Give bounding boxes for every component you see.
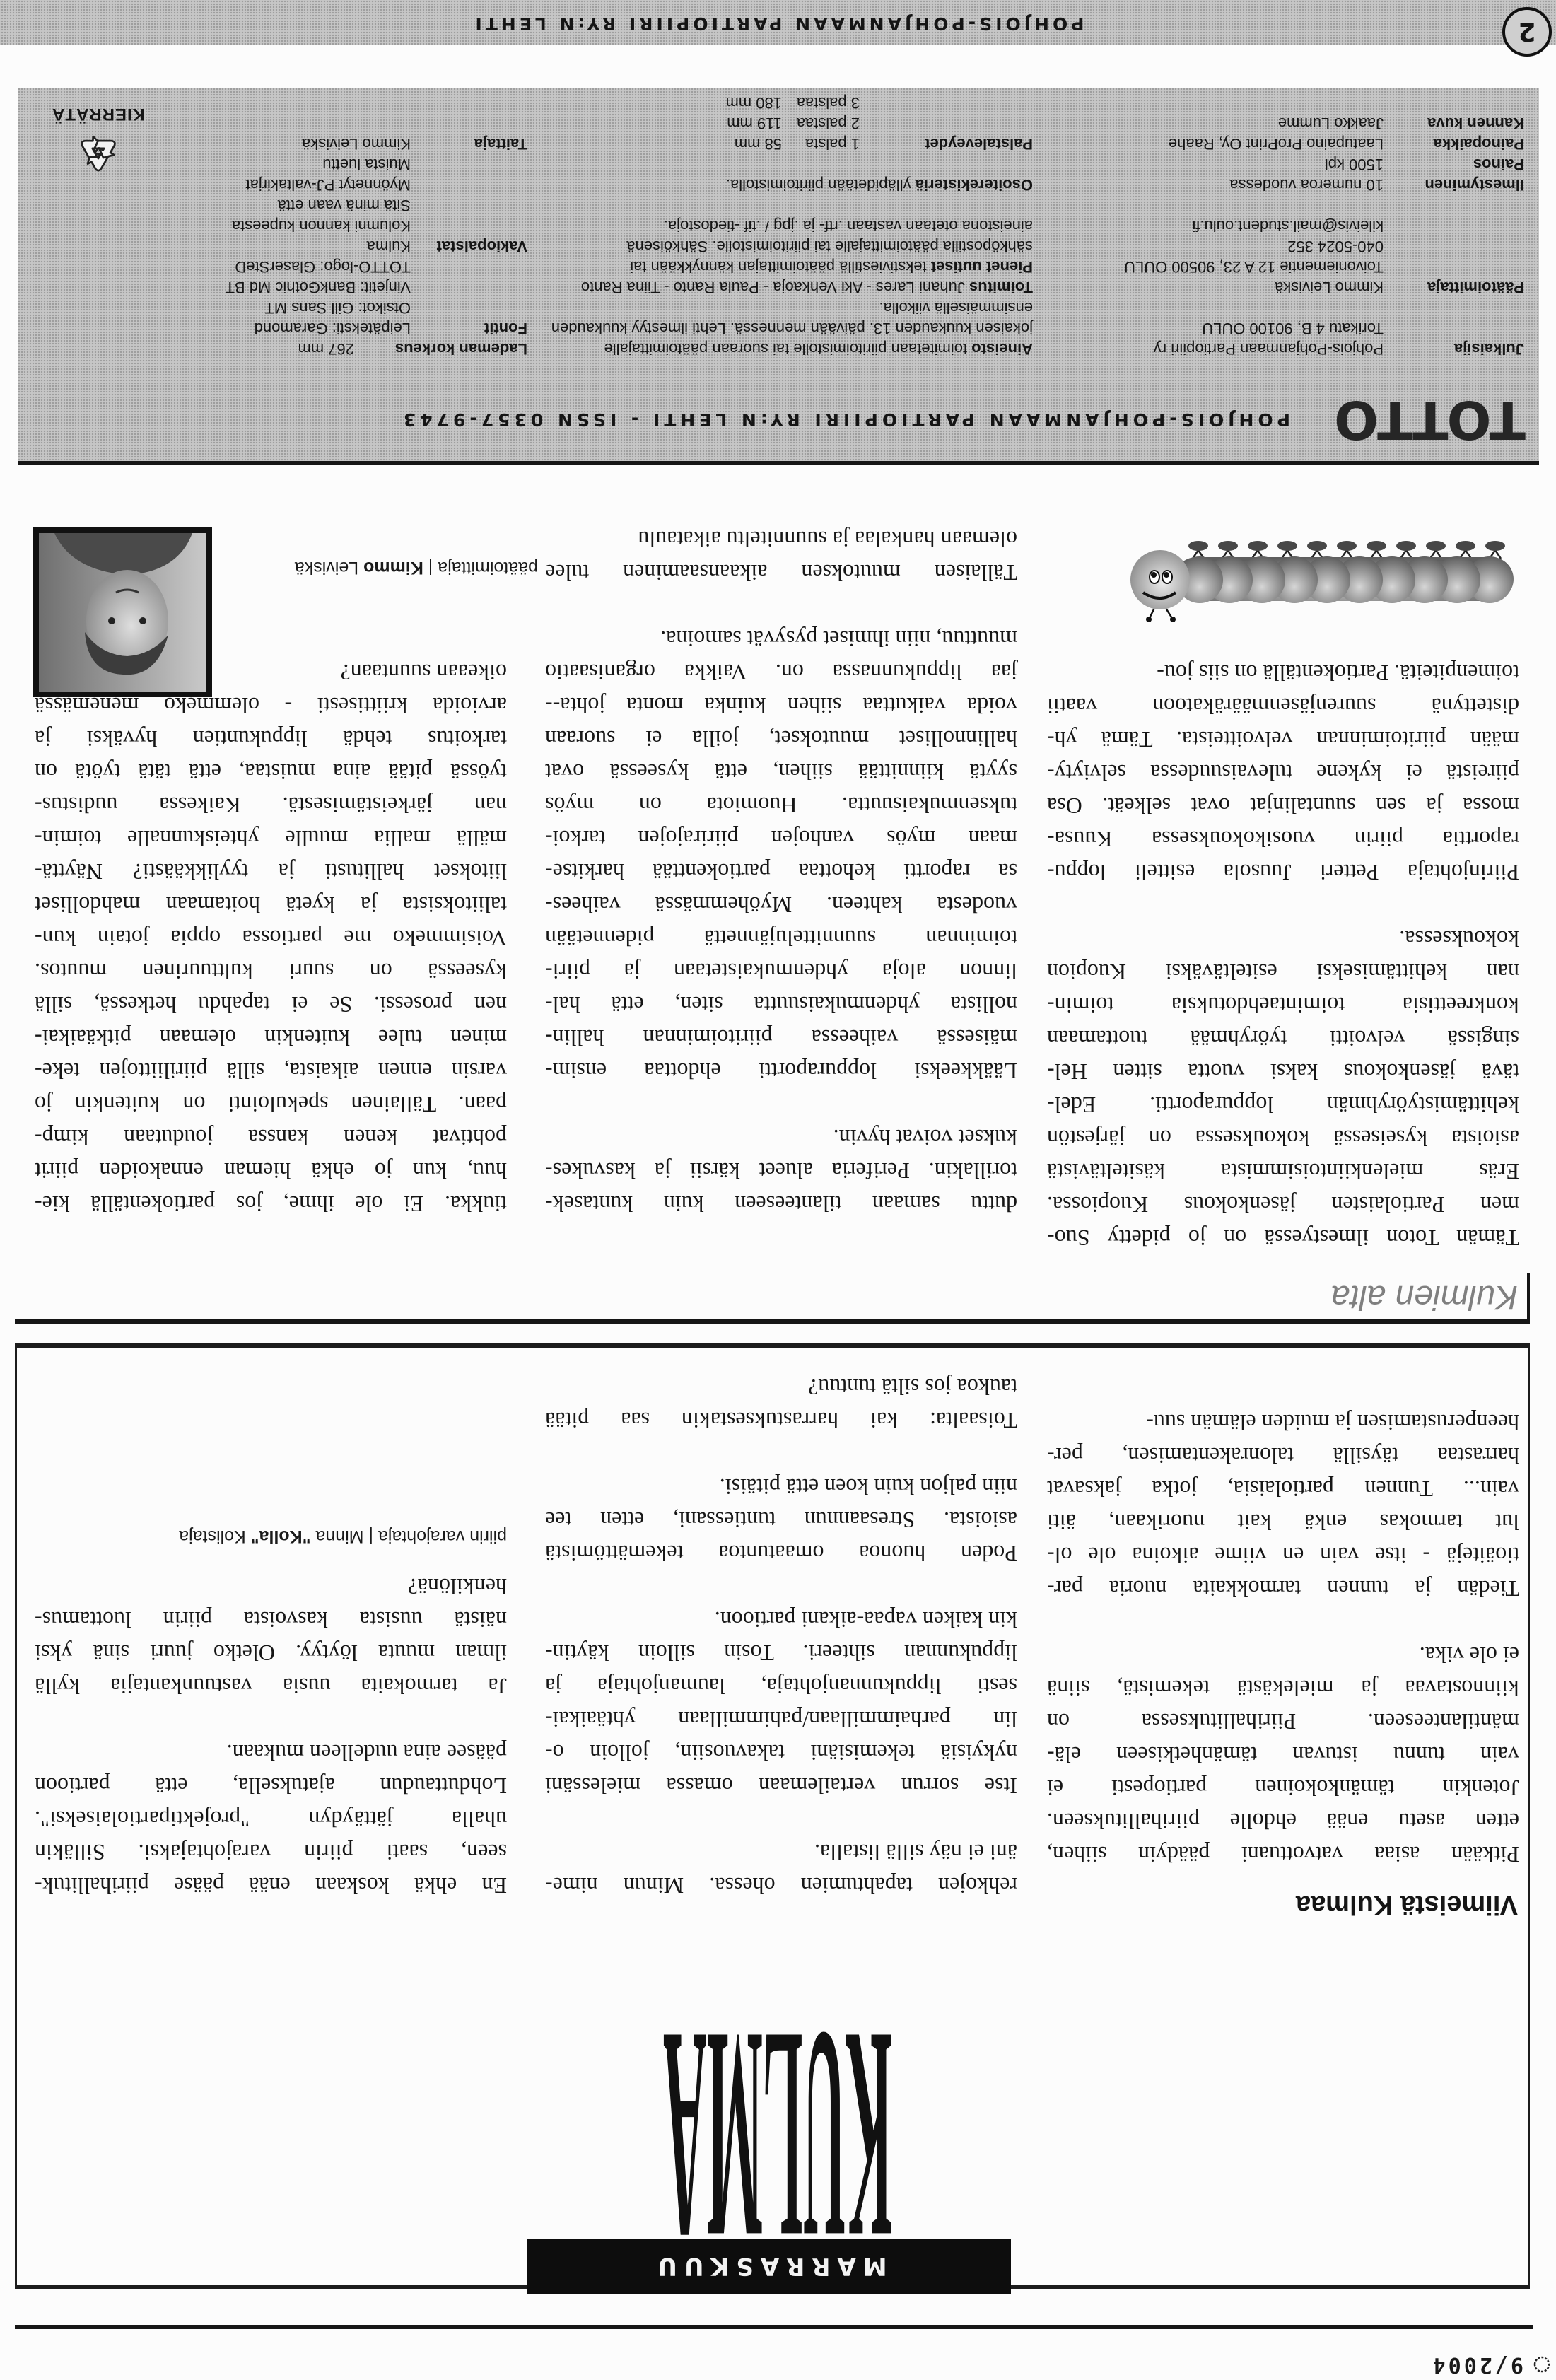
text-line: raporttia piirin vuosikokouksessa Kuusa- (1047, 822, 1519, 856)
printer-label: Painopaikka (1434, 134, 1524, 154)
newspaper-page: 9/2004 MARRASKUU KULMA Viimeistä Kulmaa … (0, 0, 1556, 2380)
paragraph: Tällaisen muutoksen aikaansaaminen tulee… (545, 523, 1017, 589)
submission-label: Aineisto (971, 340, 1033, 358)
author-last-name: Kolistaja (179, 1527, 246, 1546)
text-line: jaa lippukunnassa on. Vaikka organisaati… (545, 655, 1017, 689)
column-width: 180 mm (726, 93, 782, 113)
signature-separator: | (369, 1527, 374, 1546)
editor-in-chief-phone: 040-5024 352 (1287, 236, 1384, 257)
news-text: tekstiviestillä päätoimittajan kännykkää… (630, 258, 926, 276)
layout-artist-value: Kimmo Leiviskä (302, 134, 411, 154)
regular-column-entry: Kulma (367, 236, 411, 257)
top-rule (15, 2325, 1533, 2329)
text-line: uhalla jättäydyn "projektipartiolaiseksi… (35, 1802, 507, 1836)
paragraph: rehkojen tapahtumien ohessa. Minun nime-… (545, 1836, 1017, 1902)
text-line: Lääkkeeksi loppuraportti ehdottaa ensim- (545, 1054, 1017, 1087)
publisher-address: Torikatu 4 B, 90100 OULU (1202, 318, 1384, 339)
text-line: piireistä ei kykene tulevaisuudessa selv… (1047, 756, 1519, 789)
text-line: vain tunnu istuvan tämänhetkiseen elä- (1047, 1738, 1519, 1771)
editor-in-chief-name: Kimmo Leiviskä (1275, 277, 1384, 298)
font-entry: Vinjetit: BankGothic Md BT (226, 277, 411, 298)
kulma-column-3: En ehkä koskaan enää pääse piirihallituk… (35, 1570, 507, 1902)
author-nickname: "Kolla" (251, 1527, 311, 1546)
editor-signature: päätoimittaja | Kimmo Leiviskä (295, 557, 538, 578)
kulma-title: KULMA (663, 1984, 892, 2287)
column-count: 3 palstaa (797, 93, 860, 113)
text-line: kukset voivat hyvin. (545, 1121, 1017, 1154)
submission-text: jokaisen kuukauden 13. päivään mennessä.… (551, 318, 1033, 339)
print-run-label: Painos (1473, 154, 1524, 175)
author-role: piirin varajohtaja (378, 1527, 507, 1546)
cover-photo-label: Kannen kuva (1427, 113, 1524, 134)
recycle-icon (74, 130, 122, 178)
colophon-top-rule (18, 460, 1539, 465)
text-line: Pitkään asiaa vatvottuani päädyin siihen… (1047, 1838, 1519, 1871)
text-line: sesti lippukunnanjohtaja, laumanjohtaja … (545, 1669, 1017, 1703)
text-line: nen prosessi. Se ei tapahdu hetkessä, si… (35, 988, 507, 1021)
staff-info: Toimitus Juhani Lares - Aki Vehkaoja - P… (581, 277, 1033, 298)
text-line: äni ei näy sillä listalla. (545, 1836, 1017, 1869)
kulma-author-signature: piirin varajohtaja | Minna "Kolla" Kolis… (179, 1526, 507, 1547)
issue-number: 9/2004 (1430, 2352, 1523, 2377)
text-line: hallinnolliset muutokset, joilla ei suor… (545, 722, 1017, 755)
paragraph: En ehkä koskaan enää pääse piirihallituk… (35, 1736, 507, 1902)
column-width: 58 mm (735, 134, 782, 154)
text-line: paan. Tällainen spekulointi on kuitenkin… (35, 1087, 507, 1121)
page-number: 2 (1502, 7, 1552, 57)
text-line: mään piiritoiminnan velvoitteista. Tämä … (1047, 723, 1519, 756)
paragraph: tiukka. Ei ole ihme, jos partiokentällä … (35, 655, 507, 1220)
submission-text: ensimmäisellä viikolla. (879, 298, 1033, 318)
text-line: vain... Tunnen partiolaisia, jotka jaksa… (1047, 1472, 1519, 1505)
editorial-column-1: Tämän Toton ilmestyessä on jo pidetty Su… (1047, 656, 1519, 1254)
text-line: etten asetu enää ehdolle piirihallitukse… (1047, 1804, 1519, 1838)
text-line: taliitoksista ja kyetä hoitamaan mahdoll… (35, 888, 507, 921)
text-line: duttu samaan tilanteeseen kuin kuntasek- (545, 1187, 1017, 1220)
text-line: Tällaisen muutoksen aikaansaaminen tulee (545, 556, 1017, 589)
regular-column-entry: Muista luettu (322, 154, 411, 175)
text-line: mäntilanteeseen. Piirihallituksessa on (1047, 1705, 1519, 1738)
section-side-bar (1527, 1273, 1530, 1324)
text-line: lut tarmokas enkä kait nuorikaan, äiti (1047, 1505, 1519, 1539)
text-line: tävä jäsenkokous kaksi vuotta sitten Hel… (1047, 1055, 1519, 1088)
staff-names: Juhani Lares - Aki Vehkaoja - Paula Rant… (581, 279, 965, 296)
news-text: aineistona otetaan vastaan .rtf- ja .jpg… (664, 216, 1033, 236)
text-line: vuodesta kahteen. Myöhemmässä vaihees- (545, 888, 1017, 921)
text-line: varsin ennen aikaista, sillä piiriliitto… (35, 1054, 507, 1087)
text-line: men Partiolaisten jäsenkokous Kuopiossa. (1047, 1188, 1519, 1221)
text-line: Ja tarmokaita uusia vastuunkantajia kyll… (35, 1669, 507, 1703)
text-line: voida vaikuttaa siihen kuinka monta joht… (545, 689, 1017, 722)
text-line: ilman muuta löytyy. Oletko juuri sinä yk… (35, 1636, 507, 1669)
text-line: heenperustamisen ja muiden elämän suu- (1047, 1406, 1519, 1439)
layout-artist-label: Taittaja (474, 134, 527, 154)
regular-column-entry: Kolumni kannon kupeesta (232, 216, 411, 236)
text-line: Toisaalta: kai harrastuksestakin saa pit… (545, 1404, 1017, 1437)
staff-label: Toimitus (969, 279, 1033, 296)
news-info: Pienet uutiset tekstiviestillä päätoimit… (630, 257, 1033, 277)
paragraph: Toisaalta: kai harrastuksestakin saa pit… (545, 1370, 1017, 1437)
text-line: asioista kyseisessä kokouksessa on järje… (1047, 1121, 1519, 1155)
emblem-icon (1532, 2355, 1552, 2375)
text-line: kin kaiken vapaa-aikani partioon. (545, 1603, 1017, 1636)
text-line: Lohduttaudun ajatuksella, että partioon (35, 1769, 507, 1802)
text-line: toimenpiteitä. Partiokentällä on siis jo… (1047, 656, 1519, 689)
kulma-article-heading: Viimeistä Kulmaa (1296, 1889, 1518, 1920)
recycle-label: KIERRÄTÄ (52, 104, 145, 124)
paragraph: Lääkkeeksi loppuraportti ehdottaa ensim-… (545, 622, 1017, 1087)
text-line: taukoa jos siltä tuntuu? (545, 1370, 1017, 1404)
totto-logo: TOTTO (1335, 395, 1526, 444)
layout-height-label: Lademan korkeus (395, 339, 527, 359)
text-line: pääsee aina uudelleen mukaan. (35, 1736, 507, 1769)
colophon-box: TOTTO POHJOIS-POHJANMAAN PARTIOPIIRI RY:… (18, 88, 1539, 461)
editor-in-chief-address: Toivoniementie 12 A 23, 90500 OULU (1124, 257, 1384, 277)
text-line: rehkojen tapahtumien ohessa. Minun nime- (545, 1869, 1017, 1902)
column-widths-label: Palstaleveydet (925, 134, 1033, 154)
text-line: syytä kiinnittää siihen, että kyseessä o… (545, 755, 1017, 788)
signature-separator: | (428, 558, 433, 578)
editor-in-chief-email: kileivis@mail.student.oulu.fi (1192, 216, 1384, 236)
text-line: työssä pitää aina muistaa, että tätä työ… (35, 755, 507, 788)
text-line: henkilönä? (35, 1570, 507, 1603)
layout-height-value: 267 mm (298, 339, 354, 359)
text-line: Tämän Toton ilmestyessä on jo pidetty Su… (1047, 1221, 1519, 1254)
paragraph: duttu samaan tilanteeseen kuin kuntasek-… (545, 1121, 1017, 1220)
text-line: pohtivat kenen kanssa joudutaan kimp- (35, 1121, 507, 1154)
publisher-name: Pohjois-Pohjanmaan Partiopiiri ry (1154, 339, 1384, 359)
text-line: toiminnan suunnittelujännettä pidennetää… (545, 921, 1017, 955)
text-line: nan järkeistämisestä. Kaikessa uudistus- (35, 788, 507, 822)
regular-column-entry: Myönnetyt PJ-valtakirjat (245, 175, 411, 195)
editor-in-chief-label: Päätoimittaja (1427, 277, 1524, 298)
registry-label: Osoiterekisteriä (916, 176, 1033, 194)
text-line: linnon aloja yhdenmukaistetaan ja piiri- (545, 955, 1017, 988)
font-entry: Otsikot: Gill Sans MT (264, 298, 411, 318)
regular-columns-label: Vakiopalstat (437, 236, 527, 257)
publication-tagline: POHJOIS-POHJANMAAN PARTIOPIIRI RY:N LEHT… (399, 409, 1290, 430)
text-line: kiinnostavaa ja mielekästä tekemistä, si… (1047, 1672, 1519, 1705)
paragraph: Pitkään asiaa vatvottuani päädyin siihen… (1047, 1638, 1519, 1871)
text-line: niin paljon kuin koen että pitäisi. (545, 1470, 1017, 1503)
text-line: distettynä suurenjäsenmääräkatoon vaatii (1047, 689, 1519, 723)
section-title: Kulmien alta (1331, 1278, 1518, 1315)
text-line: tioäitejä - itse vain en viime aikoina o… (1047, 1539, 1519, 1572)
text-line: torillakin. Periferia alueet kärsii ja k… (545, 1154, 1017, 1187)
paragraph: Ja tarmokaita uusia vastuunkantajia kyll… (35, 1570, 507, 1703)
publisher-label: Julkaisija (1454, 339, 1524, 359)
text-line: Itse sorrun vertailemaan omassa mielessä… (545, 1769, 1017, 1802)
text-line: nykyisiä tekemisiäni takavuosiin, jolloi… (545, 1736, 1017, 1769)
registry-info: Osoiterekisteriä ylläpidetään piiritoimi… (726, 175, 1033, 195)
text-line: nan kehittämiseksi esiteltäväksi Kuopion (1047, 955, 1519, 988)
footer-strip-title: POHJOIS-POHJANMAAN PARTIOPIIRI RY:N LEHT… (0, 13, 1556, 34)
text-line: asioista. Stresaannun tuntiessani, etten… (545, 1503, 1017, 1536)
text-line: liitokset hallitusti ja tyylikkäästi? Nä… (35, 855, 507, 888)
text-line: tuksenmukaisuutta. Huomiota on myös (545, 788, 1017, 822)
text-line: ei ole vika. (1047, 1638, 1519, 1672)
column-count: 1 palsta (805, 134, 860, 154)
text-line: kehittämistyöryhmän loppuraportti. Edel- (1047, 1088, 1519, 1121)
paragraph: Tiedän ja tunnen tarmokkaita nuoria par-… (1047, 1406, 1519, 1605)
text-line: lin parhaimmillaan/pahimmillaan yhtäaika… (545, 1703, 1017, 1736)
text-line: seen, saati piirin varajohtajaksi. Sillä… (35, 1836, 507, 1869)
text-line: En ehkä koskaan enää pääse piirihallituk… (35, 1869, 507, 1902)
section-rule (15, 1319, 1530, 1324)
text-line: huu, kun jo ehkä hieman ennakoiden piiri… (35, 1154, 507, 1187)
registry-text: ylläpidetään piiritoimistolla. (726, 176, 911, 194)
editor-role: päätoimittaja (438, 558, 538, 578)
news-label: Pienet uutiset (931, 258, 1033, 276)
text-line: mossa ja sen suuntalinjat ovat selkeät. … (1047, 789, 1519, 822)
issue-tag: 9/2004 (1430, 2352, 1552, 2377)
print-run-value: 1500 kpl (1325, 154, 1384, 175)
text-line: kokouksessa. (1047, 922, 1519, 955)
text-line: Tiedän ja tunnen tarmokkaita nuoria par- (1047, 1572, 1519, 1605)
text-line: Piirinjohtaja Petteri Juusola esitteli l… (1047, 856, 1519, 889)
text-line: sa raportti kehottaa partiokenttää harki… (545, 855, 1017, 888)
caterpillar-illustration (1123, 539, 1518, 622)
text-line: mällä mallia muulle yhteiskunnalle toimi… (35, 822, 507, 855)
text-line: olemaan hankalaa ja suunniteltu aikataul… (545, 523, 1017, 556)
frequency-label: Ilmestyminen (1425, 175, 1524, 195)
text-line: kyseessä on suuri kulttuurinen muutos. (35, 955, 507, 988)
text-line: singissä velvoitti työryhmää tuottamaan (1047, 1022, 1519, 1055)
submission-info: Aineisto toimitetaan piiritoimistolle ta… (604, 339, 1033, 359)
text-line: Eräs mielenkiintoisimmista käsiteltävist… (1047, 1155, 1519, 1188)
editor-last-name: Leiviskä (295, 558, 358, 578)
text-line: harrastaa täysillä talonrakentamisen, pe… (1047, 1439, 1519, 1472)
fonts-label: Fontit (484, 318, 527, 339)
kulma-column-2: rehkojen tapahtumien ohessa. Minun nime-… (545, 1370, 1017, 1902)
text-line: mäisessä vaiheessa piiritoiminnan hallin… (545, 1021, 1017, 1054)
text-line: muuttuu, niin ihmiset pysyvät samoina. (545, 622, 1017, 655)
text-line: lippukunnan sihteeri. Tosin silloin käyt… (545, 1636, 1017, 1669)
paragraph: Poden huonoa omaatuntoa tekemättömistäas… (545, 1470, 1017, 1570)
text-line: Voisimmeko me partiossa oppia jotain kun… (35, 921, 507, 955)
editor-first-name: Kimmo (363, 558, 423, 578)
editorial-column-2: duttu samaan tilanteeseen kuin kuntasek-… (545, 523, 1017, 1220)
text-line: Jotenkin tämänkokoinen partiopesti ei (1047, 1771, 1519, 1804)
regular-column-entry: Sitä minä vaan että (278, 195, 411, 216)
editorial-column-3: tiukka. Ei ole ihme, jos partiokentällä … (35, 655, 507, 1220)
column-count: 2 palstaa (797, 113, 860, 134)
font-entry: Leipäteksti: Garamond (255, 318, 411, 339)
author-first-name: Minna (315, 1527, 363, 1546)
kulma-column-1: Pitkään asiaa vatvottuani päädyin siihen… (1047, 1406, 1519, 1871)
font-entry: TOTTO-logo: GlaserSteD (235, 257, 411, 277)
text-line: konkreettisia toimintaehdotuksia toimin- (1047, 988, 1519, 1022)
printer-value: Laatupaino ProPrint Oy, Raahe (1169, 134, 1384, 154)
paragraph: Itse sorrun vertailemaan omassa mielessä… (545, 1603, 1017, 1802)
text-line: maan myös vanhojen piirirajojen tarkoi- (545, 822, 1017, 855)
text-line: näistä uusista kasvoista piirin luottamu… (35, 1603, 507, 1636)
text-line: Poden huonoa omaatuntoa tekemättömistä (545, 1536, 1017, 1570)
portrait-image (39, 533, 206, 692)
paragraph: Piirinjohtaja Petteri Juusola esitteli l… (1047, 656, 1519, 889)
text-line: tarkoitus tehdä lippukuntien hyväksi ja (35, 722, 507, 755)
news-text: sähköpostilla päätoimittajalle tai piiri… (626, 236, 1033, 257)
text-line: minen tulee kuitenkin olemaan pitkäaikai… (35, 1021, 507, 1054)
column-width: 119 mm (727, 113, 782, 134)
cover-photo-value: Jaakko Lumme (1278, 113, 1384, 134)
text-line: tiukka. Ei ole ihme, jos partiokentällä … (35, 1187, 507, 1220)
editor-photo (33, 527, 212, 697)
text-line: nollista yhdenmukaisuutta siten, että ha… (545, 988, 1017, 1021)
paragraph: Tämän Toton ilmestyessä on jo pidetty Su… (1047, 922, 1519, 1254)
submission-text: toimitetaan piiritoimistolle tai suoraan… (604, 340, 967, 358)
frequency-value: 10 numeroa vuodessa (1229, 175, 1384, 195)
